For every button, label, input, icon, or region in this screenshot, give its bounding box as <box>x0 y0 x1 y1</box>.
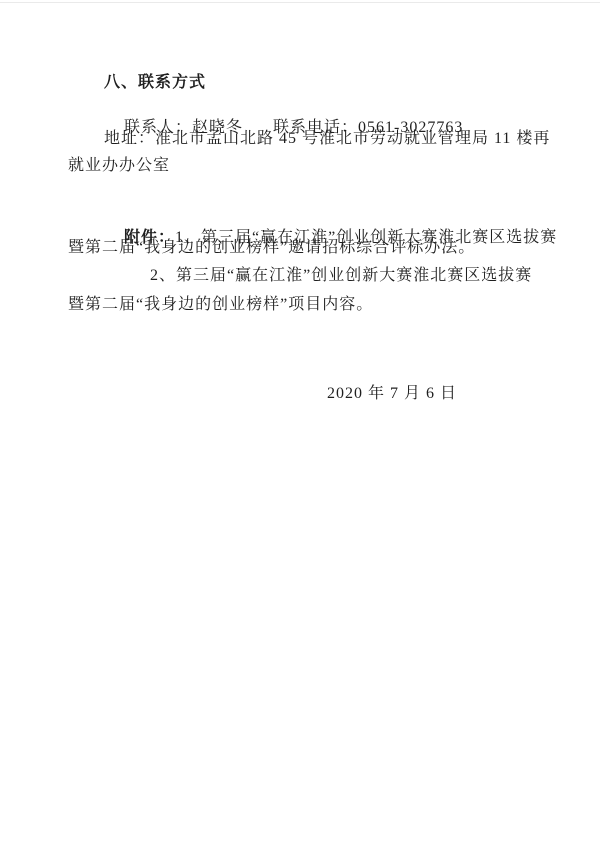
document-page: 八、联系方式 联系人：赵晓冬联系电话：0561-3027763 地址：淮北市孟山… <box>0 0 600 848</box>
address-line-1: 地址：淮北市孟山北路 45 号淮北市劳动就业管理局 11 楼再 <box>104 130 550 148</box>
section-heading: 八、联系方式 <box>104 74 206 92</box>
attachment-item-2-line-2: 暨第二届“我身边的创业榜样”项目内容。 <box>68 296 373 314</box>
scan-edge-line <box>0 2 600 3</box>
document-date: 2020 年 7 月 6 日 <box>327 385 457 403</box>
attachment-item-2-line-1: 2、第三届“赢在江淮”创业创新大赛淮北赛区选拔赛 <box>150 267 532 285</box>
attachment-item-1-line-2: 暨第二届“我身边的创业榜样”邀请招标综合评标办法。 <box>68 239 475 257</box>
address-line-2: 就业办办公室 <box>68 157 170 175</box>
